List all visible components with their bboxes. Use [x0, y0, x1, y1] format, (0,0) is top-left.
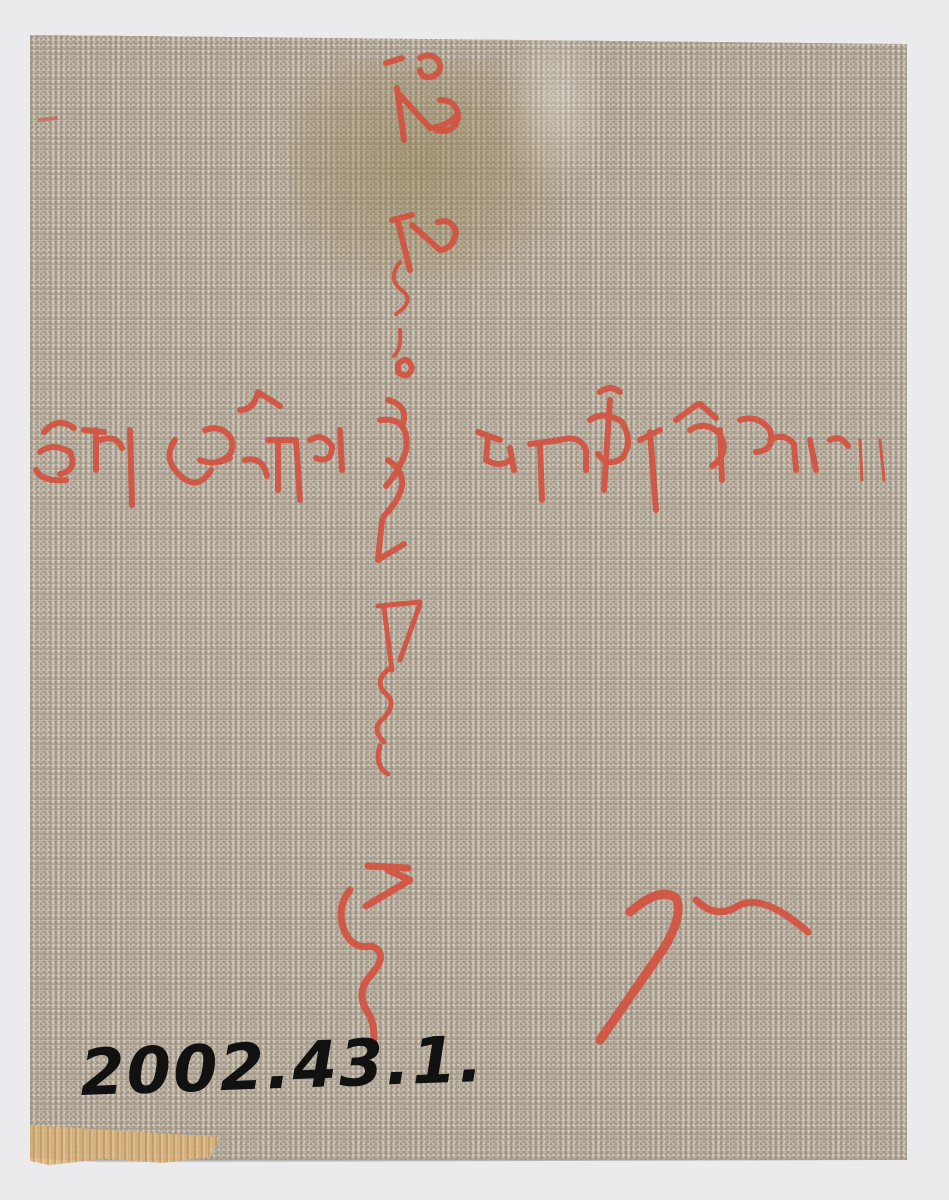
catalog-number: 2002.43.1.: [79, 1023, 486, 1111]
artifact-photo: 2002.43.1.: [0, 0, 949, 1200]
red-ink-script: [0, 0, 949, 1200]
